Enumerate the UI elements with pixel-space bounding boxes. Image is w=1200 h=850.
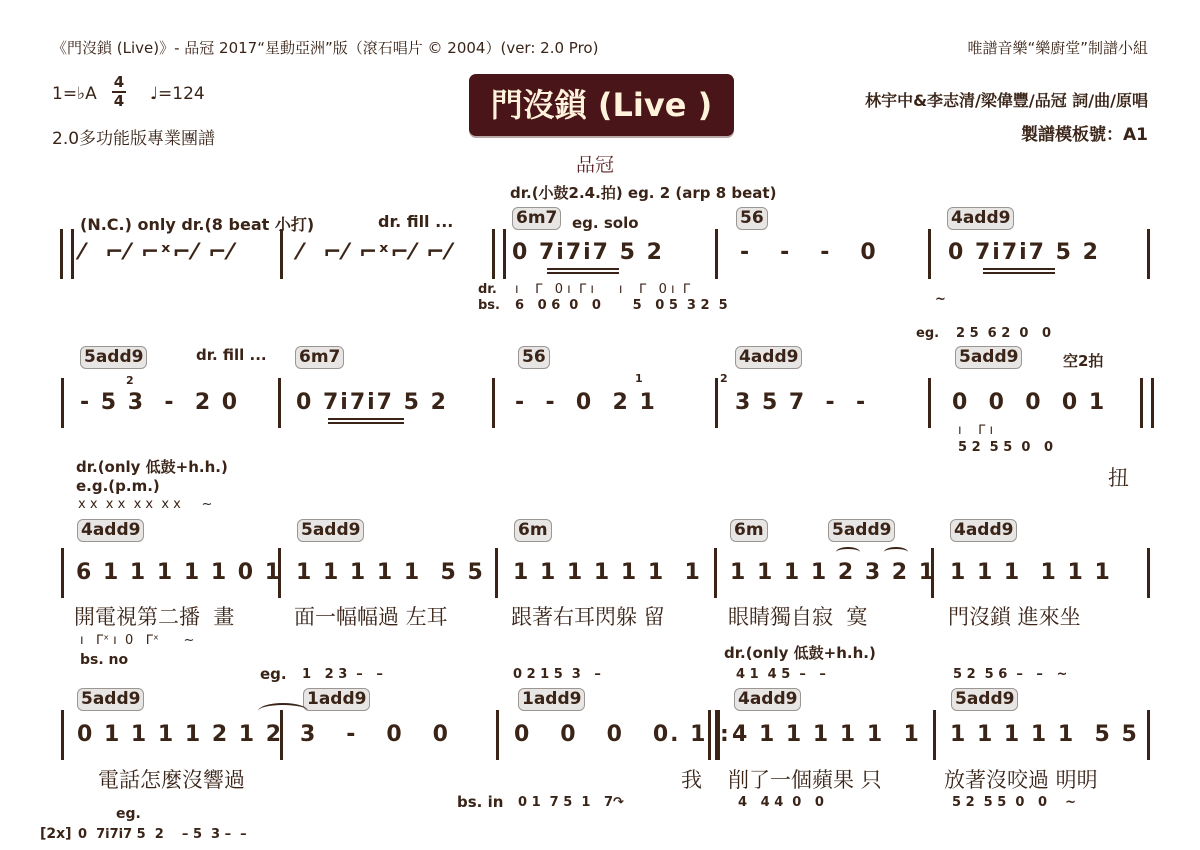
song-title: 門沒鎖 (Live ) xyxy=(469,74,734,136)
measure: 1 1 1 1 1 5 5 xyxy=(296,560,485,585)
annotation: e.g.(p.m.) xyxy=(76,477,160,495)
chord-label: 56 xyxy=(518,346,550,369)
edition-label: 2.0多功能版專業團譜 xyxy=(52,124,215,149)
chord-label: 6m7 xyxy=(295,346,344,369)
guitar-line: 2 5 6 2 0 0 xyxy=(956,326,1051,341)
guitar-line: 0 7i7i7 5 2 – 5 3 – – xyxy=(78,827,247,842)
eg-label: eg. xyxy=(260,665,287,683)
measure: 0 7i7i7 5 2 xyxy=(948,240,1100,265)
eg-label: eg. xyxy=(916,326,939,341)
barline xyxy=(931,548,934,598)
annotation: dr. fill ... xyxy=(378,212,453,231)
beam xyxy=(983,268,1055,274)
bass-label: bs. no xyxy=(80,652,128,668)
mute-line: x x x x x x x x ~ xyxy=(78,497,212,512)
chord-label: 4add9 xyxy=(735,346,802,369)
measure: - 5 3 - 2 0 xyxy=(80,390,239,415)
part-label-bass: bs. xyxy=(478,298,500,313)
double-barline xyxy=(1140,378,1154,428)
chord-label: 4add9 xyxy=(947,207,1014,230)
part-label-drums: dr. xyxy=(478,282,497,297)
barline xyxy=(933,710,936,760)
slur xyxy=(884,547,908,557)
chord-label: 5add9 xyxy=(955,346,1022,369)
measure: - - - 0 xyxy=(740,240,878,265)
chord-label: 5add9 xyxy=(951,688,1018,711)
source-line: 《門沒鎖 (Live)》- 品冠 2017“星動亞洲”版（滾石唱片 © 2004… xyxy=(52,37,598,58)
measure: - - 0 2 1 xyxy=(515,390,657,415)
lyric: 削了一個蘋果 只 xyxy=(728,764,882,794)
barline xyxy=(715,229,718,279)
annotation: dr.(小鼓2.4.拍) eg. 2 (arp 8 beat) xyxy=(510,182,776,203)
chord-label: 6m xyxy=(730,519,768,542)
publisher: 唯譜音樂“樂廚堂”制譜小組 xyxy=(967,37,1148,58)
barline xyxy=(928,229,931,279)
lyric: 開電視第二播 畫 xyxy=(74,601,234,631)
tempo: ♩=124 xyxy=(150,84,205,104)
barline xyxy=(61,548,64,598)
template-number: 製譜模板號：A1 xyxy=(1021,120,1148,145)
guitar-line: 5 2 5 6 – – ~ xyxy=(953,667,1067,682)
measure: 0 1 1 1 1 2 1 2 xyxy=(77,722,283,747)
barline xyxy=(714,548,717,598)
time-signature: 4 4 xyxy=(112,74,126,110)
chord-label: 1add9 xyxy=(303,688,370,711)
lyric: 我 xyxy=(681,764,702,794)
bass-line: 5 2 5 5 0 0 xyxy=(958,440,1053,455)
barline xyxy=(496,710,499,760)
annotation: 空2拍 xyxy=(1063,350,1103,371)
bass-label: bs. in xyxy=(457,793,503,811)
measure: 4 1 1 1 1 1 1 xyxy=(732,722,921,747)
chord-label: 4add9 xyxy=(77,519,144,542)
measure: 0 0 0 0 1 xyxy=(952,390,1106,415)
chord-label: 56 xyxy=(736,207,768,230)
grace-note: 2 xyxy=(720,372,728,385)
chord-label: 5add9 xyxy=(297,519,364,542)
lyric: 門沒鎖 進來坐 xyxy=(948,601,1081,631)
chord-label: 4add9 xyxy=(734,688,801,711)
measure: 3 5 7 - - xyxy=(735,390,867,415)
guitar-line: 4 1 4 5 – – xyxy=(736,667,826,682)
measure: 1 1 1 1 1 1 1 xyxy=(513,560,702,585)
barline xyxy=(278,548,281,598)
lyric: 電話怎麼沒響過 xyxy=(98,764,245,794)
guitar-line: 0 2 1 5 3 – xyxy=(513,667,601,682)
singer-label: 品冠 xyxy=(576,150,614,177)
chord-label: 1add9 xyxy=(518,688,585,711)
lyric: 眼睛獨自寂 寞 xyxy=(728,601,867,631)
lyric: 跟著右耳閃躲 留 xyxy=(511,601,665,631)
beam xyxy=(328,418,404,424)
chord-label: 4add9 xyxy=(950,519,1017,542)
eg-label: eg. xyxy=(116,806,141,822)
tie xyxy=(258,703,308,719)
chord-label: 6m7 xyxy=(512,207,561,230)
annotation: dr. fill ... xyxy=(196,346,267,364)
barline xyxy=(280,710,283,760)
chord-label: 5add9 xyxy=(828,519,895,542)
chord-label: 5add9 xyxy=(80,346,147,369)
bass-line: 6 0 6 0 0 5 0 5 3 2 5 xyxy=(515,298,728,313)
repeat-start-barline xyxy=(708,710,720,760)
bass-line: 4 4 4 0 0 xyxy=(738,795,824,810)
measure: 0 7i7i7 5 2 xyxy=(296,390,448,415)
double-barline xyxy=(492,229,506,279)
measure: ⁄ ⌐⁄ ⌐ˣ⌐⁄ ⌐⁄ xyxy=(80,240,234,265)
measure: 0 7i7i7 5 2 xyxy=(512,240,664,265)
slur xyxy=(836,547,860,557)
barline xyxy=(1147,229,1150,279)
lyric: 面一幅幅過 左耳 xyxy=(294,601,448,631)
lyric: 放著沒咬過 明明 xyxy=(944,764,1098,794)
barline xyxy=(928,378,931,428)
annotation: dr.(only 低鼓+h.h.) xyxy=(76,456,228,477)
measure: 3 - 0 0 xyxy=(300,722,450,747)
measure: ⁄ ⌐⁄ ⌐ˣ⌐⁄ ⌐⁄ xyxy=(298,240,452,265)
barline xyxy=(1147,710,1150,760)
measure: 6 1 1 1 1 1 0 1 xyxy=(76,560,282,585)
annotation: dr.(only 低鼓+h.h.) xyxy=(724,642,876,663)
repeat-count: [2x] xyxy=(40,826,72,842)
guitar-line: 1 2 3 – – xyxy=(302,667,383,682)
annotation: eg. solo xyxy=(572,214,639,232)
drum-line: ı ᒥ ı xyxy=(958,423,993,438)
barline xyxy=(715,378,718,428)
barline xyxy=(278,378,281,428)
barline xyxy=(280,229,283,279)
grace-note: 2 xyxy=(126,374,134,387)
tilde: ~ xyxy=(935,292,946,307)
key-signature: 1=♭A xyxy=(52,84,97,104)
grace-note: 1 xyxy=(635,372,643,385)
chord-label: 6m xyxy=(514,519,552,542)
barline xyxy=(1147,548,1150,598)
double-barline xyxy=(60,229,74,279)
bass-line: 0 1 7 5 1 7↷ xyxy=(518,795,624,810)
bass-line: 5 2 5 5 0 0 ~ xyxy=(952,795,1076,810)
drum-line: ı ᒥ 0 ı ᒥ ı ı ᒥ 0 ı ᒥ xyxy=(515,282,690,297)
measure: 0 0 0 0. 1 xyxy=(514,722,708,747)
measure: 1 1 1 1 1 1 xyxy=(950,560,1112,585)
barline xyxy=(492,378,495,428)
measure: 1 1 1 1 1 5 5 xyxy=(950,722,1139,747)
chord-label: 5add9 xyxy=(77,688,144,711)
barline xyxy=(61,378,64,428)
drum-line: ı ᒥˣ ı 0 ᒥˣ ~ xyxy=(80,633,194,648)
measure: 1 1 1 1 2 3 2 1 xyxy=(730,560,936,585)
barline xyxy=(61,710,64,760)
lyric: 扭 xyxy=(1108,462,1129,492)
credits: 林宇中&李志清/梁偉豐/品冠 詞/曲/原唱 xyxy=(865,88,1148,111)
repeat-dots: : xyxy=(720,722,729,747)
beam xyxy=(547,268,619,274)
barline xyxy=(495,548,498,598)
